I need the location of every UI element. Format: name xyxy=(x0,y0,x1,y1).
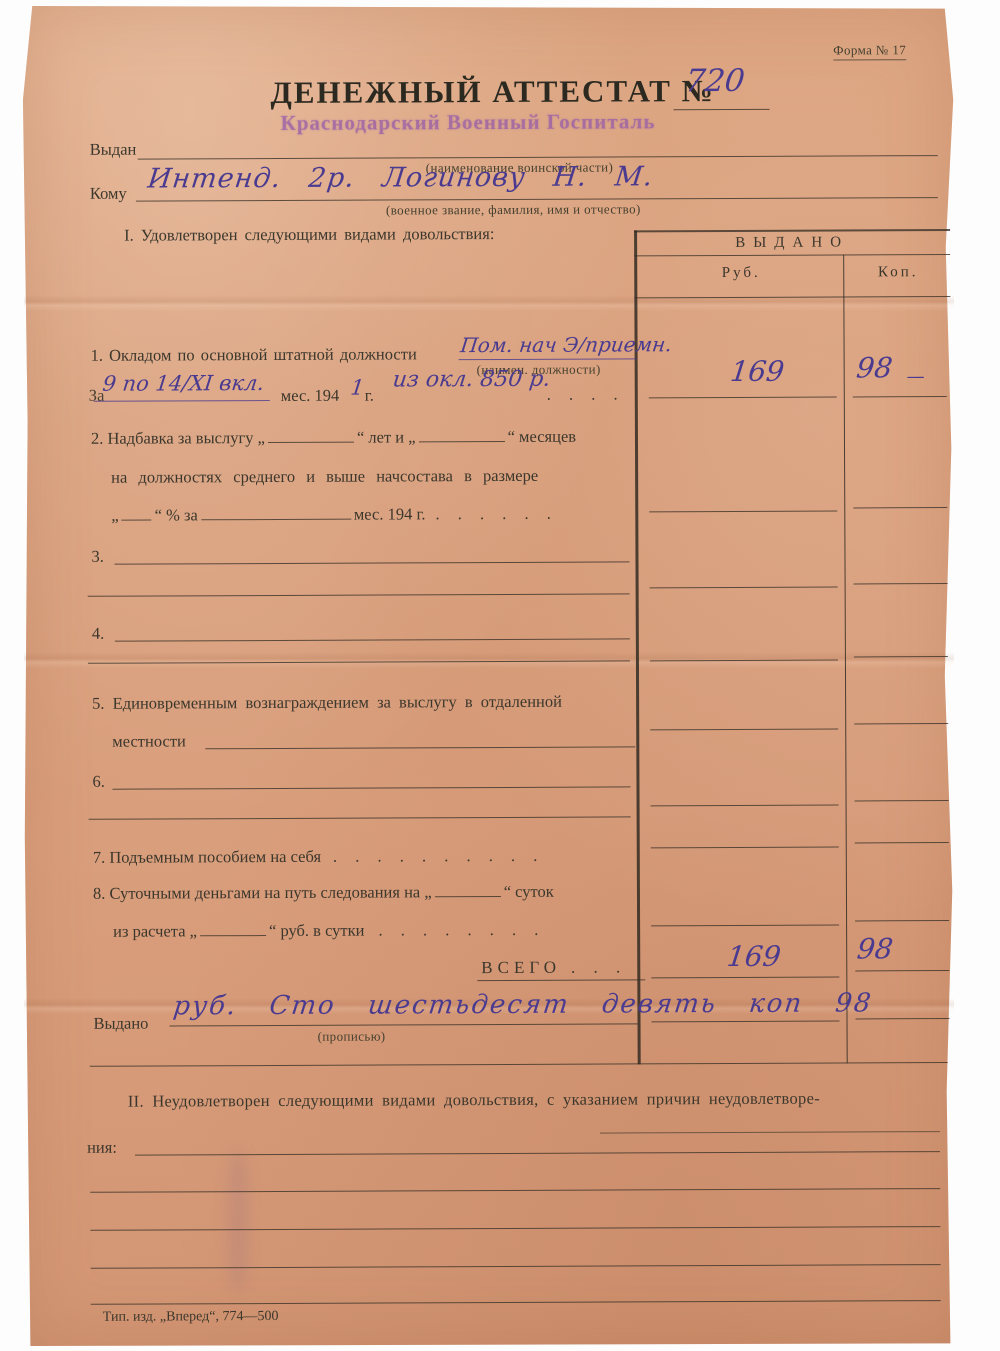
recipient-caption: (военное звание, фамилия, имя и отчество… xyxy=(386,201,641,218)
total-row: ВСЕГО. . . xyxy=(481,957,627,978)
amount-line xyxy=(855,800,949,801)
recipient-label: Кому xyxy=(90,184,127,204)
section2-heading: II. Неудовлетворен следующими видами дов… xyxy=(128,1089,820,1112)
amount-line xyxy=(652,1021,840,1023)
vydano-caption: (прописью) xyxy=(318,1029,386,1045)
amount-line xyxy=(853,396,947,397)
section2-blank-line xyxy=(90,1226,940,1231)
item6-number: 6. xyxy=(92,772,104,792)
amount-line xyxy=(854,583,948,584)
item2-frag-f: мес. 194 г. xyxy=(354,504,426,524)
item1-position-underline xyxy=(459,358,637,360)
total-underline xyxy=(477,979,645,981)
item5-blank-line xyxy=(205,746,635,749)
item2-frag-a: 2. Надбавка за выслугу „ xyxy=(91,428,265,449)
item1-period-underline xyxy=(94,400,270,402)
blank-field xyxy=(435,883,501,897)
item1-salary-handwritten: из окл. 850 р. xyxy=(391,367,552,393)
number-underline xyxy=(674,109,770,110)
section2-heading-continued: ния: xyxy=(87,1138,117,1158)
section2-blank-line xyxy=(91,1264,941,1269)
item8-line1: 8. Суточными деньгами на путь следования… xyxy=(93,882,554,904)
amount-line xyxy=(853,507,947,508)
table-top-border xyxy=(634,229,950,232)
item2-line2: на должностях среднего и выше начсостава… xyxy=(111,466,538,488)
section2-blank-line xyxy=(91,1300,941,1305)
table-subheader-rule xyxy=(634,296,950,298)
item2-frag-d: „ xyxy=(111,506,118,526)
vydano-amount-in-words-handwritten: руб. Сто шестьдесят девять коп 98 xyxy=(172,988,875,1021)
item4-blank-line xyxy=(115,638,630,641)
item8-frag-c: из расчета „ xyxy=(113,921,197,941)
item7-dot-leader: . . . . . . . . . . xyxy=(333,846,544,867)
table-column-divider xyxy=(843,254,848,1063)
item2-frag-e: “ % за xyxy=(155,505,198,525)
total-rubles-value: 169 xyxy=(725,940,782,973)
item3-blank-line xyxy=(115,561,630,564)
amount-line xyxy=(651,977,839,979)
item2-frag-b: “ лет и „ xyxy=(357,427,416,447)
total-label: ВСЕГО xyxy=(481,958,561,978)
item8-frag-d: “ руб. в сутки xyxy=(269,921,365,941)
item1-text: 1. Окладом по основной штатной должности xyxy=(91,344,417,365)
item7-line: 7. Подъемным пособием на себя. . . . . .… xyxy=(93,846,545,868)
amount-line xyxy=(855,920,949,921)
item1-kopeks-value: 98 xyxy=(855,351,895,384)
item2-dot-leader: . . . . . . xyxy=(435,504,557,525)
item2-frag-c: “ месяцев xyxy=(508,427,577,447)
item1-year-suffix: г. xyxy=(365,386,374,406)
amount-line xyxy=(651,925,839,927)
amount-line xyxy=(855,842,949,843)
table-header-rule xyxy=(634,254,950,256)
item3-number: 3. xyxy=(91,547,103,567)
item5-line1: 5. Единовременным вознаграждением за выс… xyxy=(92,692,562,714)
item8-frag-b: “ суток xyxy=(504,882,554,902)
item8-frag-a: 8. Суточными деньгами на путь следования… xyxy=(93,882,432,903)
item1-rubles-value: 169 xyxy=(729,355,786,388)
table-col-kopeks: Коп. xyxy=(850,264,946,281)
item1-period-handwritten: 9 по 14/ХI вкл. xyxy=(101,371,265,396)
item2-line1: 2. Надбавка за выслугу „“ лет и „“ месяц… xyxy=(91,427,576,449)
section-divider-line xyxy=(90,1062,948,1067)
blank-field xyxy=(268,429,354,443)
item1-month-label: мес. 194 xyxy=(281,386,340,406)
amount-line xyxy=(649,511,837,513)
vydano-blank-line xyxy=(170,1023,638,1026)
table-header-issued: ВЫДАНО xyxy=(634,234,950,252)
amount-line xyxy=(650,660,838,662)
item4-number: 4. xyxy=(92,624,104,644)
document-title: ДЕНЕЖНЫЙ АТТЕСТАТ № xyxy=(270,73,714,111)
amount-line xyxy=(649,397,837,399)
item1-position-handwritten: Пом. нач Э/приемн. xyxy=(459,332,673,357)
document-content: Форма № 17 ДЕНЕЖНЫЙ АТТЕСТАТ № 720 Красн… xyxy=(0,0,1000,1351)
amount-line xyxy=(651,805,839,807)
amount-line xyxy=(650,729,838,731)
item6-blank-line2 xyxy=(89,816,631,819)
section2-rule-partial xyxy=(600,1131,940,1133)
printing-house-imprint: Тип. изд. „Вперед“, 774—500 xyxy=(103,1309,279,1326)
item8-line2: из расчета „“ руб. в сутки. . . . . . . … xyxy=(113,920,545,942)
amount-line xyxy=(854,723,948,724)
section2-blank-line xyxy=(135,1151,940,1156)
blank-field xyxy=(201,506,351,521)
item6-blank-line xyxy=(112,786,630,789)
total-kopeks-value: 98 xyxy=(855,932,895,965)
military-hospital-stamp: Краснодарский Военный Госпиталь xyxy=(281,109,656,136)
item7-text: 7. Подъемным пособием на себя xyxy=(93,847,321,868)
item1-kopeks-dash: — xyxy=(905,366,925,387)
vydano-label: Выдано xyxy=(93,1014,148,1034)
blank-field xyxy=(122,507,152,521)
form-number-label: Форма № 17 xyxy=(833,42,906,60)
item8-dot-leader: . . . . . . . . xyxy=(378,920,545,941)
table-col-rubles: Руб. xyxy=(646,265,836,283)
section1-heading: I. Удовлетворен следующими видами доволь… xyxy=(124,224,494,246)
item5-line2: местности xyxy=(112,731,186,751)
amount-line xyxy=(854,656,948,657)
amount-line xyxy=(855,970,949,971)
certificate-number-handwritten: 720 xyxy=(683,63,746,99)
item2-line3: „“ % замес. 194 г.. . . . . . xyxy=(111,504,558,526)
section2-blank-line xyxy=(90,1188,940,1193)
item1-dot-leader: . . . . xyxy=(547,384,625,404)
issued-label: Выдан xyxy=(90,140,137,160)
total-dot-leader: . . . xyxy=(571,957,627,977)
blank-field xyxy=(200,922,266,936)
item1-year-digit-handwritten: 1 xyxy=(349,376,365,400)
item4-blank-line2 xyxy=(88,660,630,663)
scanned-document-page: Форма № 17 ДЕНЕЖНЫЙ АТТЕСТАТ № 720 Красн… xyxy=(0,0,1000,1351)
recipient-name-handwritten: Интенд. 2р. Логинову Н. М. xyxy=(146,161,655,194)
blank-field xyxy=(419,428,505,442)
amount-line xyxy=(650,587,838,589)
item3-blank-line2 xyxy=(88,593,630,596)
amount-line xyxy=(651,847,839,849)
